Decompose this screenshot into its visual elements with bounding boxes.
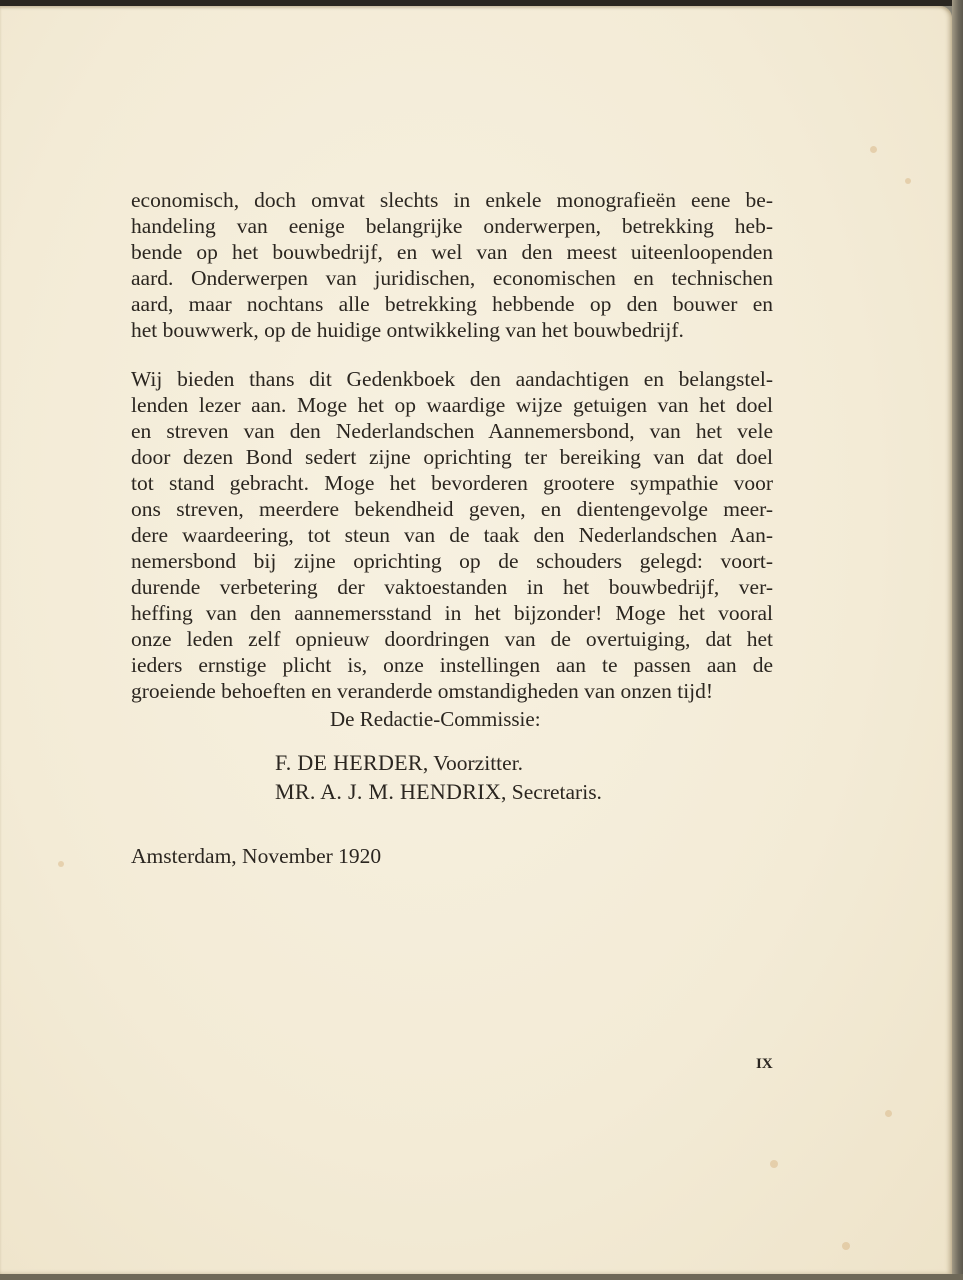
foxing-spot <box>842 1242 850 1250</box>
text-line: tot stand gebracht. Moge het bevorderen … <box>131 470 773 496</box>
signature-member-2: MR. A. J. M. HENDRIX, Secretaris. <box>275 779 602 805</box>
place-and-date: Amsterdam, November 1920 <box>131 844 381 869</box>
member-name: F. DE HERDER <box>275 750 423 775</box>
foxing-spot <box>905 178 911 184</box>
text-line: bende op het bouwbedrijf, en wel van den… <box>131 239 773 265</box>
text-line: Wij bieden thans dit Gedenkboek den aand… <box>131 366 773 392</box>
paragraph-1: economisch, doch omvat slechts in enkele… <box>131 187 773 343</box>
text-line: handeling van eenige belangrijke onderwe… <box>131 213 773 239</box>
text-line: nemersbond bij zijne oprichting op de sc… <box>131 548 773 574</box>
signature-heading: De Redactie-Commissie: <box>330 707 541 732</box>
text-line: groeiende behoeften en veranderde omstan… <box>131 678 773 704</box>
foxing-spot <box>770 1160 778 1168</box>
text-line: het bouwwerk, op de huidige ontwikkeling… <box>131 317 773 343</box>
member-prefix: MR. <box>275 779 320 804</box>
paragraph-2: Wij bieden thans dit Gedenkboek den aand… <box>131 366 773 704</box>
text-line: dere waardeering, tot steun van de taak … <box>131 522 773 548</box>
text-line: economisch, doch omvat slechts in enkele… <box>131 187 773 213</box>
foxing-spot <box>870 146 877 153</box>
text-line: aard. Onderwerpen van juridischen, econo… <box>131 265 773 291</box>
text-line: ons streven, meerdere bekendheid geven, … <box>131 496 773 522</box>
text-line: durende verbetering der vaktoestanden in… <box>131 574 773 600</box>
member-role: , Secretaris. <box>501 780 602 804</box>
text-line: en streven van den Nederlandschen Aannem… <box>131 418 773 444</box>
scan-bottom-edge <box>0 1274 963 1280</box>
page-number: IX <box>756 1056 773 1073</box>
binding-edge <box>952 0 963 1280</box>
foxing-spot <box>885 1110 892 1117</box>
text-line: onze leden zelf opnieuw doordringen van … <box>131 626 773 652</box>
signature-member-1: F. DE HERDER, Voorzitter. <box>275 750 523 776</box>
text-line: door dezen Bond sedert zijne oprichting … <box>131 444 773 470</box>
text-line: ieders ernstige plicht is, onze instelli… <box>131 652 773 678</box>
member-role: , Voorzitter. <box>423 751 523 775</box>
text-line: aard, maar nochtans alle betrekking hebb… <box>131 291 773 317</box>
foxing-spot <box>58 861 64 867</box>
text-line: heffing van den aannemersstand in het bi… <box>131 600 773 626</box>
text-line: lenden lezer aan. Moge het op waardige w… <box>131 392 773 418</box>
member-name: A. J. M. HENDRIX <box>320 779 501 804</box>
